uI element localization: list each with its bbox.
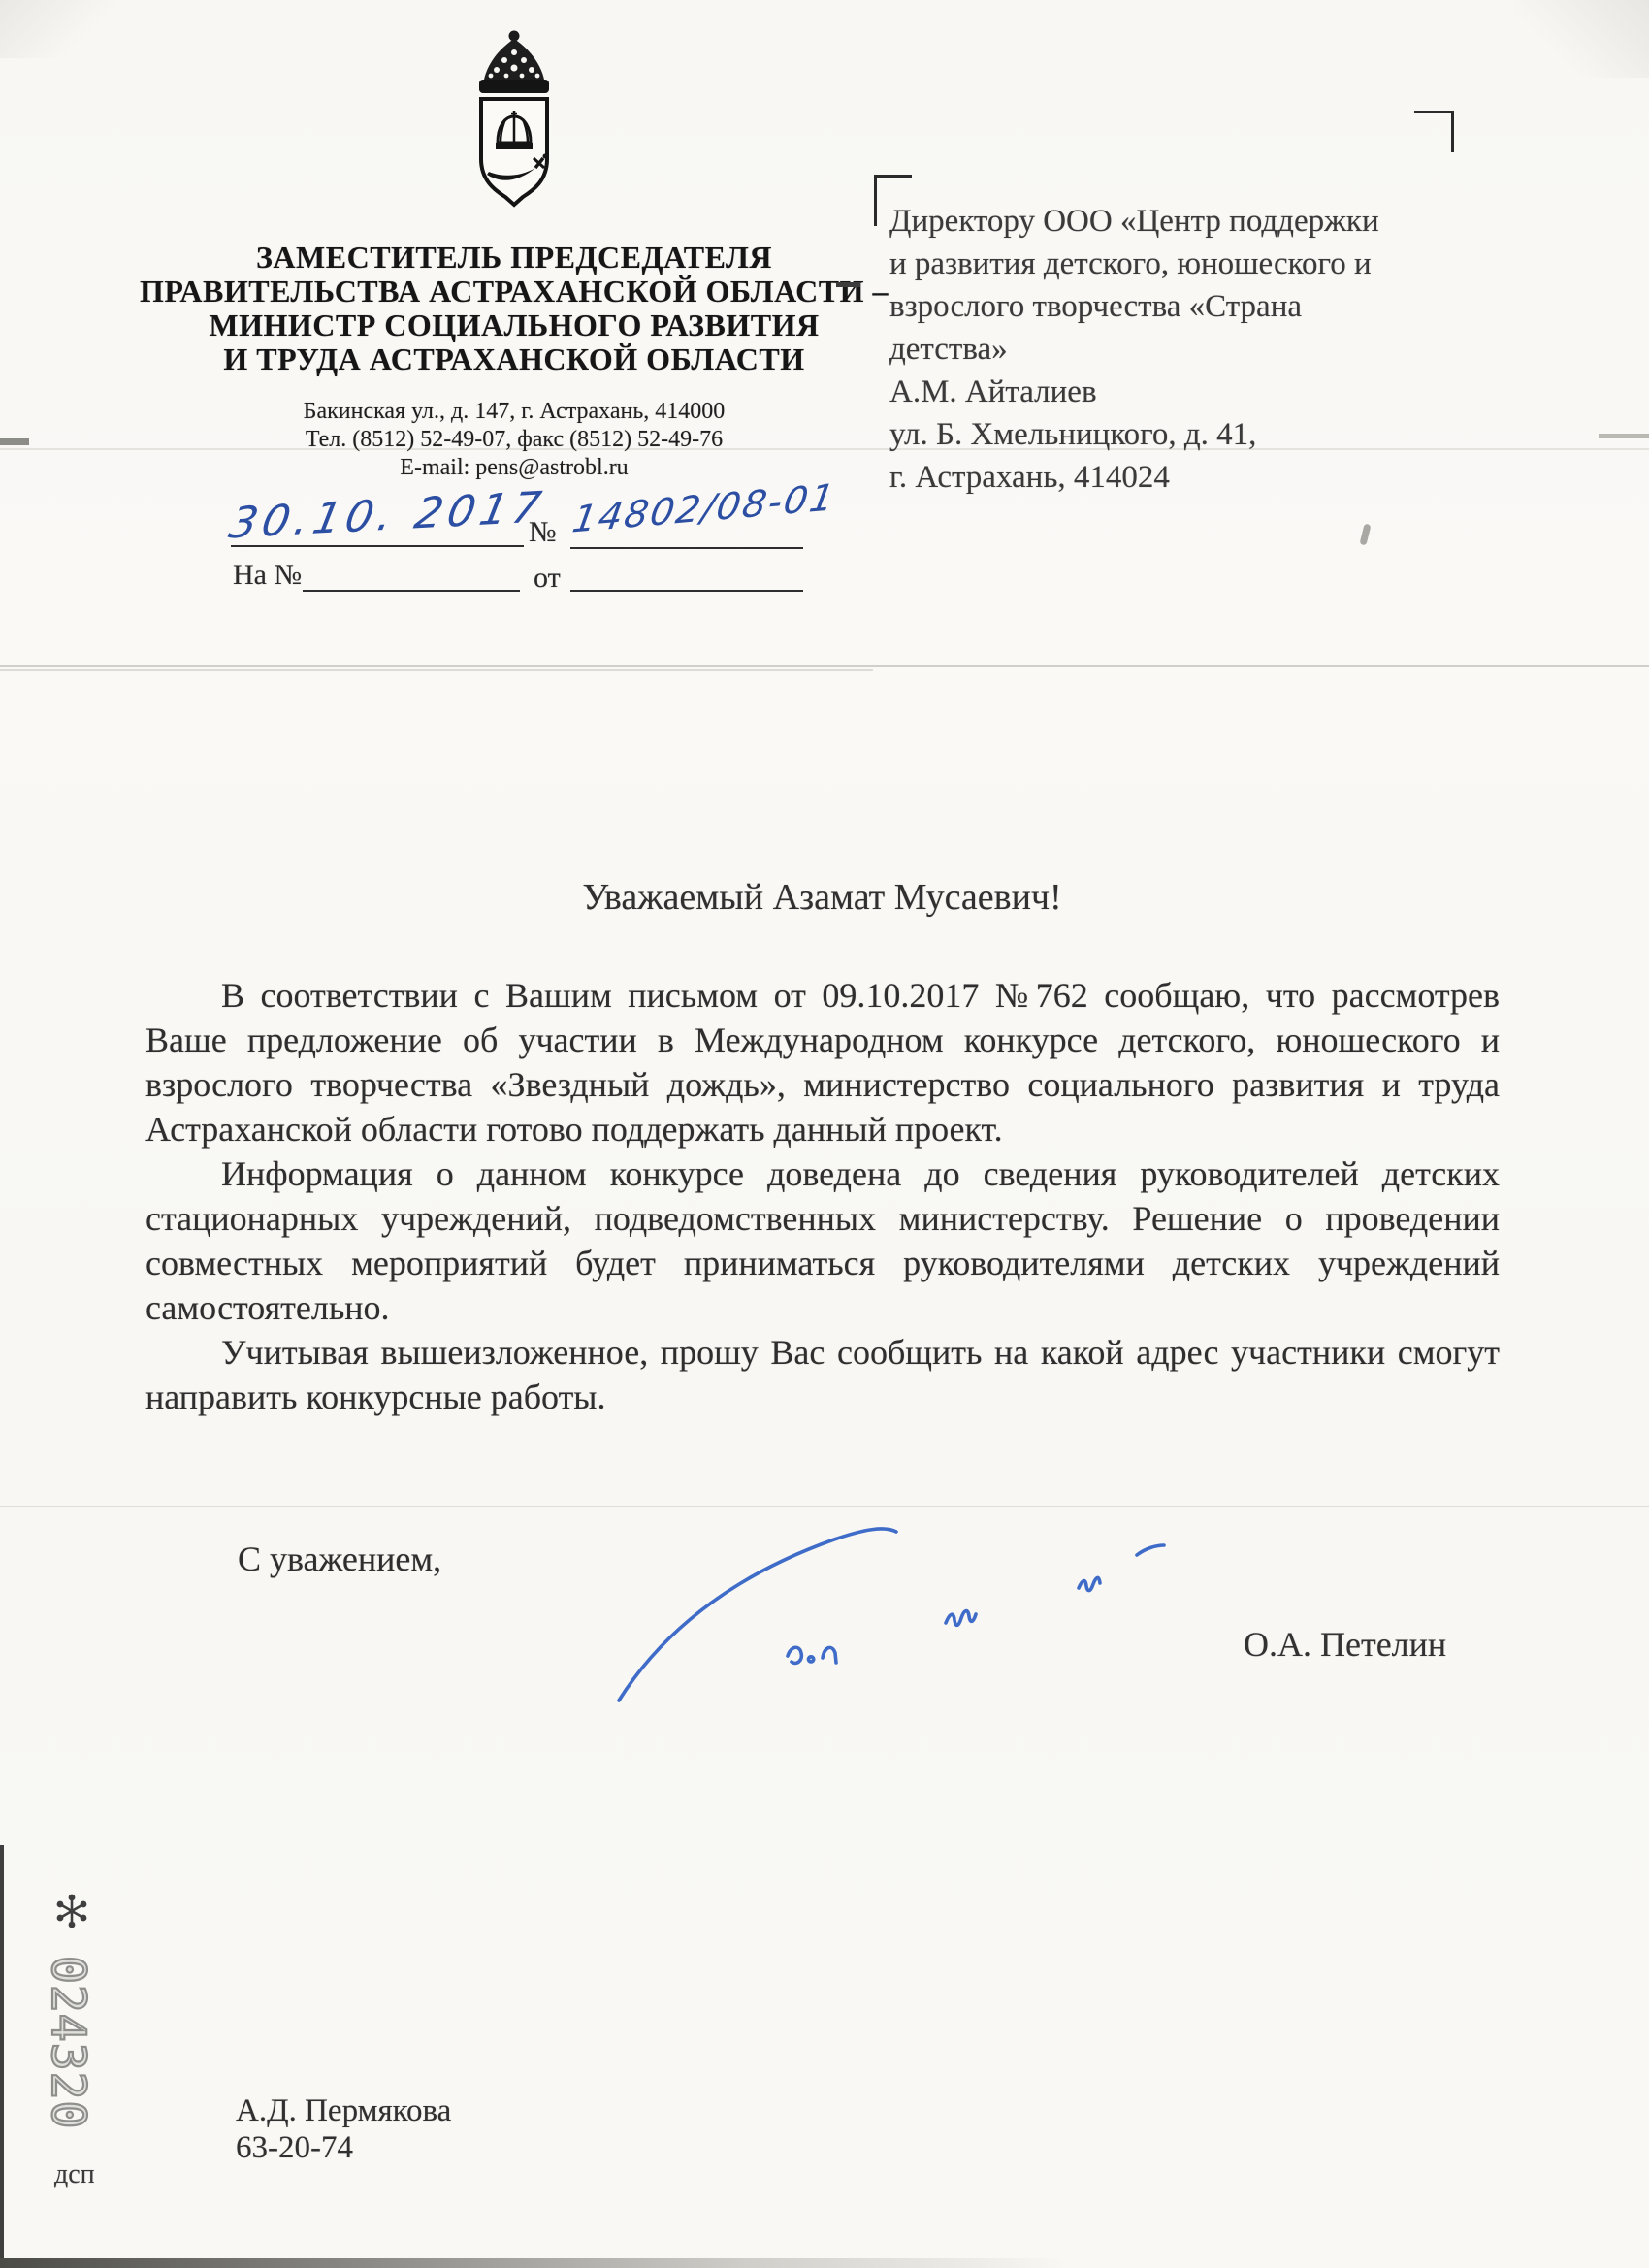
dsp-label: дсп [54,2159,95,2190]
number-underline [570,547,803,549]
handwritten-signature [543,1508,1222,1717]
fold-line [0,1506,1649,1507]
letterhead-title-line: ПРАВИТЕЛЬСТВА АСТРАХАНСКОЙ ОБЛАСТИ – [107,275,921,308]
closing-phrase: С уважением, [238,1539,441,1579]
recipient-name: А.М. Айталиев [889,371,1452,413]
handwritten-date: 30.10. 2017 [225,483,550,549]
scan-edge-line [0,1845,4,2268]
fold-line [0,665,1649,667]
letterhead: ЗАМЕСТИТЕЛЬ ПРЕДСЕДАТЕЛЯ ПРАВИТЕЛЬСТВА А… [107,29,921,482]
letterhead-email: E-mail: pens@astrobl.ru [107,454,921,482]
letterhead-address: Бакинская ул., д. 147, г. Астрахань, 414… [107,398,921,426]
asterisk-stamp-icon [52,1892,91,1930]
recipient-city: г. Астрахань, 414024 [889,456,1452,499]
recipient-street: ул. Б. Хмельницкого, д. 41, [889,413,1452,456]
reference-block: 30.10. 2017 № 14802/08-01 На № от [218,485,839,611]
registration-stamp-number: 024320 [41,1956,95,2129]
fold-line [0,669,873,671]
executor-phone: 63-20-74 [236,2129,451,2166]
letterhead-contacts: Бакинская ул., д. 147, г. Астрахань, 414… [107,398,921,482]
executor-block: А.Д. Пермякова 63-20-74 [236,2092,451,2166]
letterhead-phone: Тел. (8512) 52-49-07, факс (8512) 52-49-… [107,426,921,454]
signer-name: О.А. Петелин [1244,1624,1446,1665]
body-paragraph: Информация о данном конкурсе доведена до… [145,1151,1500,1330]
scan-edge-shadow [0,2258,1067,2268]
reply-number-underline [303,590,520,592]
coat-of-arms-astrakhan-icon [468,29,561,223]
recipient-block: Директору ООО «Центр поддержки и развити… [889,200,1452,499]
scan-corner-shadow [1513,0,1649,78]
letterhead-title-line: МИНИСТР СОЦИАЛЬНОГО РАЗВИТИЯ [107,308,921,342]
reply-number-label: На № [233,559,302,592]
letterhead-title: ЗАМЕСТИТЕЛЬ ПРЕДСЕДАТЕЛЯ ПРАВИТЕЛЬСТВА А… [107,241,921,376]
salutation: Уважаемый Азамат Мусаевич! [145,876,1499,919]
reply-date-underline [570,590,803,592]
scan-corner-shadow [0,0,116,58]
scanned-letter-page: ЗАМЕСТИТЕЛЬ ПРЕДСЕДАТЕЛЯ ПРАВИТЕЛЬСТВА А… [0,0,1649,2268]
crease-mark [0,438,29,445]
address-corner-mark-right [1414,111,1454,152]
recipient-line: взрослого творчества «Страна [889,285,1452,328]
recipient-line: и развития детского, юношеского и [889,243,1452,285]
letter-body: В соответствии с Вашим письмом от 09.10.… [145,973,1500,1419]
recipient-line: Директору ООО «Центр поддержки [889,200,1452,243]
body-paragraph: Учитывая вышеизложенное, прошу Вас сообщ… [145,1330,1500,1419]
crease-mark [1599,434,1649,438]
reply-date-label: от [533,562,561,595]
scan-speck [1359,523,1371,545]
handwritten-number: 14802/08-01 [569,475,839,540]
recipient-line: детства» [889,328,1452,371]
number-label: № [529,516,557,549]
executor-name: А.Д. Пермякова [236,2092,451,2129]
letterhead-title-line: ЗАМЕСТИТЕЛЬ ПРЕДСЕДАТЕЛЯ [107,241,921,275]
margin-tick [836,282,860,287]
body-paragraph: В соответствии с Вашим письмом от 09.10.… [145,973,1500,1151]
date-underline [231,545,524,547]
letterhead-title-line: И ТРУДА АСТРАХАНСКОЙ ОБЛАСТИ [107,342,921,376]
